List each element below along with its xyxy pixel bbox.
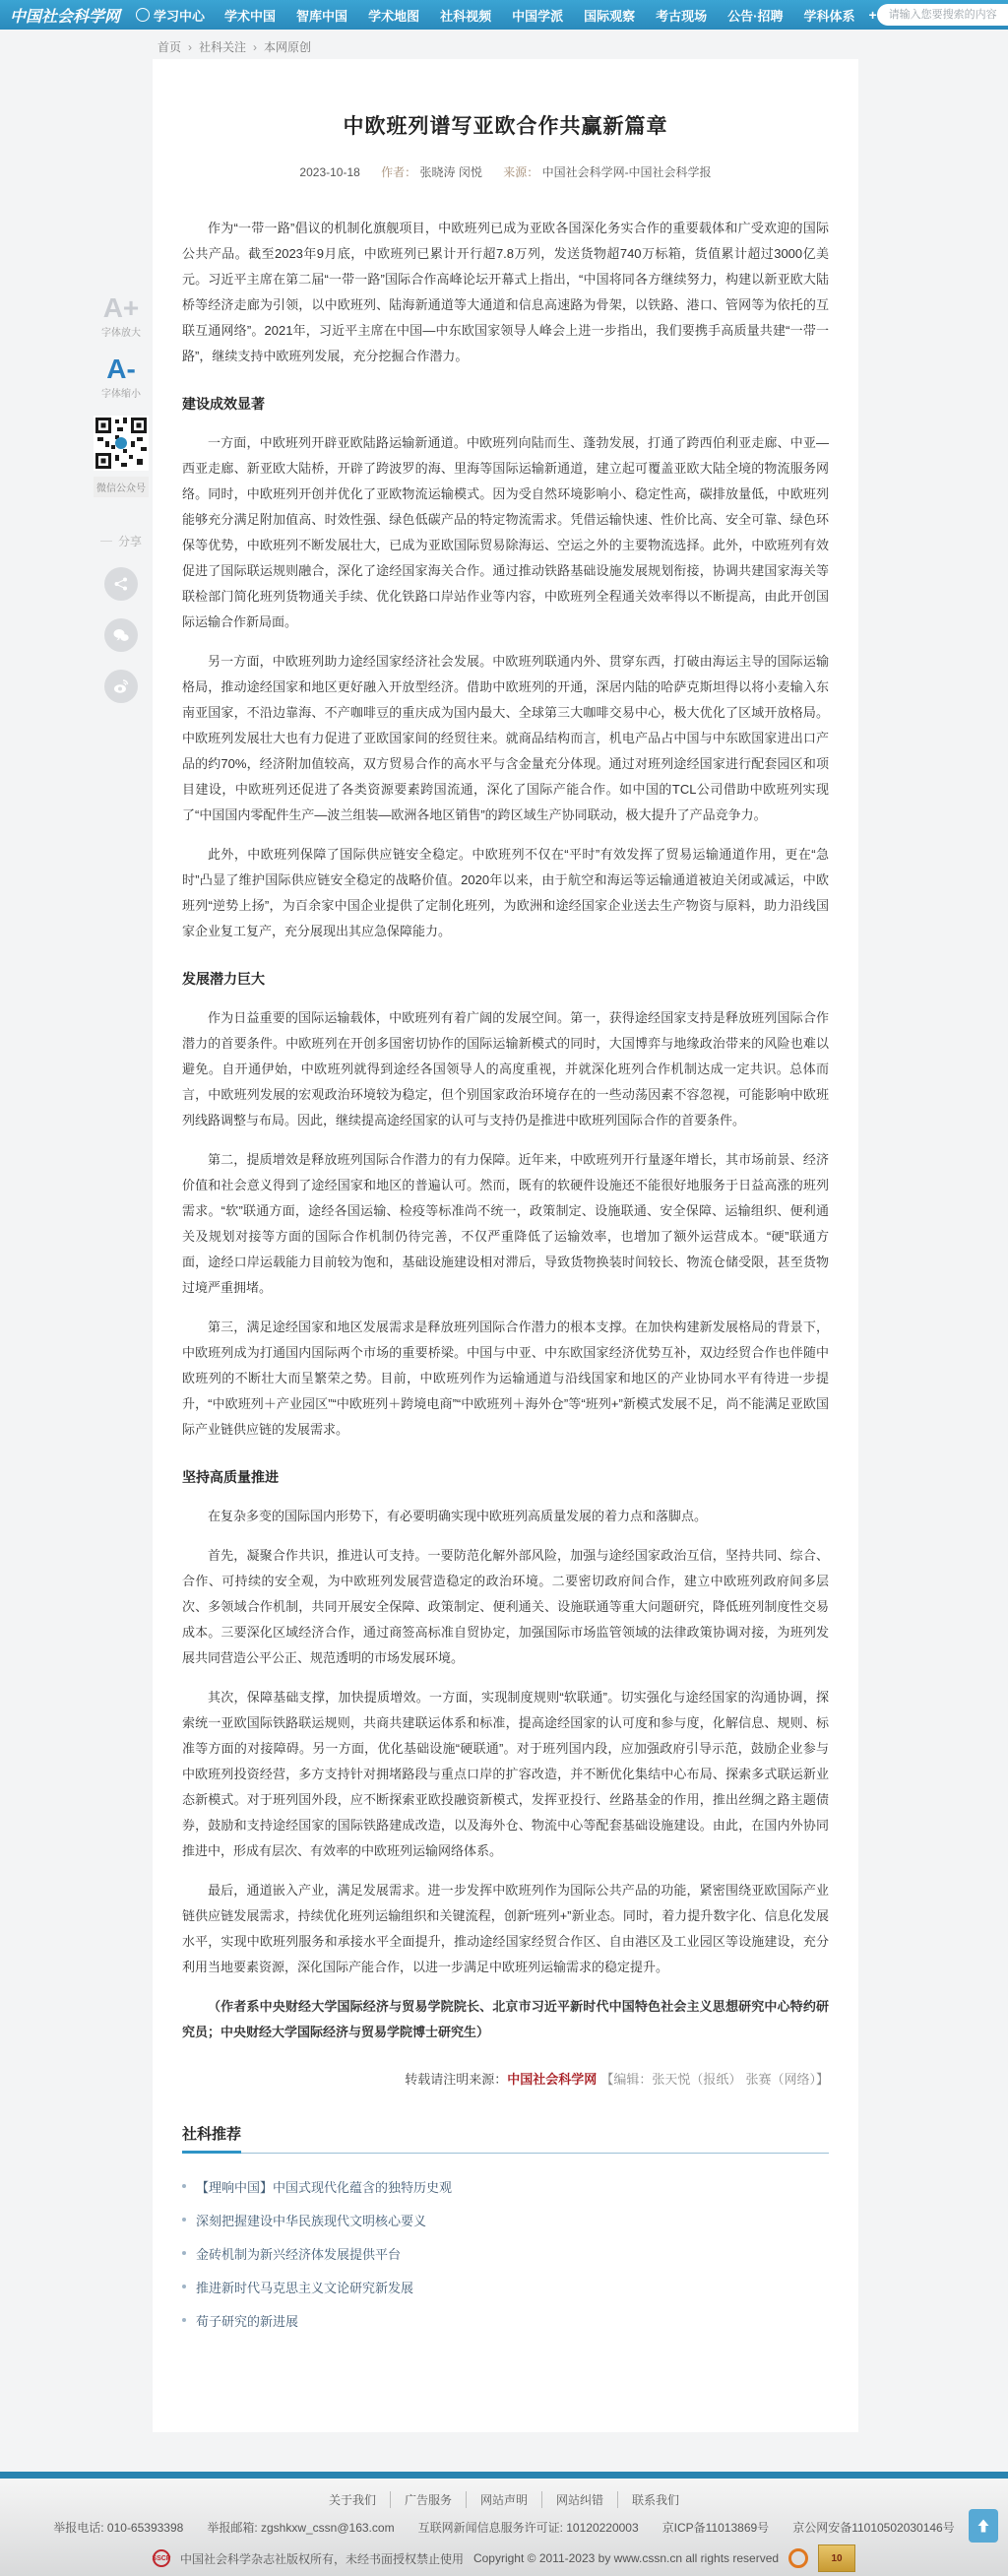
wechat-share-button[interactable] (104, 618, 138, 652)
list-item[interactable]: 金砖机制为新兴经济体发展提供平台 (182, 2236, 829, 2270)
bullet-icon (182, 2251, 186, 2255)
list-item[interactable]: 深刻把握建设中华民族现代文明核心要义 (182, 2203, 829, 2236)
side-toolbar: A+ 字体放大 A- 字体缩小 (92, 293, 151, 703)
author-label: 作者： (381, 165, 416, 179)
nav-item[interactable]: 智库中国 (296, 6, 347, 25)
article-paragraph: 第二，提质增效是释放班列国际合作潜力的有力保障。近年来，中欧班列开行量逐年增长，… (182, 1147, 829, 1301)
trust-badge-icon[interactable]: 10 (818, 2544, 855, 2572)
footer-info-item: 举报邮箱: zgshkxw_cssn@163.com (207, 2519, 394, 2536)
arrow-up-icon (976, 2518, 991, 2534)
font-increase-button[interactable]: A+ 字体放大 (92, 293, 151, 339)
font-increase-label: 字体放大 (92, 324, 151, 339)
reprint-editors: 【编辑：张天悦（报纸） 张赛（网络）】 (600, 2073, 829, 2088)
footer-info-item: 举报电话: 010-65393398 (53, 2519, 183, 2536)
recommend-link[interactable]: 【理响中国】中国式现代化蕴含的独特历史观 (196, 2177, 452, 2196)
media-center-logo-icon (136, 8, 150, 22)
article-paragraph: 建设成效显著 (182, 391, 829, 417)
recommend-link[interactable]: 金砖机制为新兴经济体发展提供平台 (196, 2244, 401, 2263)
share-label-text: 分享 (118, 533, 142, 549)
recommend-header: 社科推荐 (182, 2123, 829, 2154)
reprint-notice: 转载请注明来源：中国社会科学网 【编辑：张天悦（报纸） 张赛（网络）】 (182, 2069, 829, 2088)
wechat-qr-code (94, 416, 149, 471)
bullet-icon (182, 2285, 186, 2288)
font-decrease-icon: A- (92, 354, 151, 384)
article-paragraph: 坚持高质量推进 (182, 1464, 829, 1490)
back-to-top-button[interactable] (969, 2509, 998, 2543)
weibo-share-button[interactable] (104, 670, 138, 703)
nav-item[interactable]: 公告·招聘 (727, 6, 783, 25)
page-footer: 关于我们广告服务网站声明网站纠错联系我们 举报电话: 010-65393398举… (0, 2472, 1008, 2576)
article-paragraph: 其次，保障基础支撑，加快提质增效。一方面，实现制度规则“软联通”。切实强化与途经… (182, 1685, 829, 1864)
font-increase-icon: A+ (92, 293, 151, 323)
footer-info-item: 京公网安备11010502030146号 (792, 2519, 955, 2536)
bullet-icon (182, 2318, 186, 2322)
page-title: 中欧班列谱写亚欧合作共赢新篇章 (192, 110, 819, 140)
breadcrumb-item[interactable]: 首页 (157, 38, 181, 55)
recommend-title: 社科推荐 (182, 2123, 241, 2154)
search-input[interactable] (887, 8, 1008, 22)
article-card: 中欧班列谱写亚欧合作共赢新篇章 2023-10-18 作者： 张晓涛 闵悦 来源… (153, 59, 858, 2432)
weibo-icon (112, 678, 130, 694)
nav-more-button[interactable]: + (869, 7, 877, 23)
article-paragraph: （作者系中央财经大学国际经济与贸易学院院长、北京市习近平新时代中国特色社会主义思… (182, 1994, 829, 2045)
nav-items: 学术中国智库中国学术地图社科视频中国学派国际观察考古现场公告·招聘学科体系 (224, 6, 854, 25)
article-paragraph: 首先，凝聚合作共识，推进认可支持。一要防范化解外部风险，加强与途经国家政治互信，… (182, 1543, 829, 1671)
breadcrumb-item[interactable]: 本网原创 (264, 38, 311, 55)
article-paragraph: 作为日益重要的国际运输载体，中欧班列有着广阔的发展空间。第一，获得途经国家支持是… (182, 1005, 829, 1133)
font-decrease-button[interactable]: A- 字体缩小 (92, 354, 151, 400)
share-label: 分享 (92, 533, 151, 549)
share-icon (113, 576, 129, 592)
breadcrumb: 首页 › 社科关注 › 本网原创 (157, 38, 318, 55)
copyright-cn: 中国社会科学杂志社版权所有，未经书面授权禁止使用 (180, 2550, 464, 2567)
nav-item[interactable]: 学术地图 (368, 6, 419, 25)
footer-copyright: SSCP 中国社会科学杂志社版权所有，未经书面授权禁止使用 Copyright … (0, 2544, 1008, 2572)
page: 中国社会科学网 学习中心 学术中国智库中国学术地图社科视频中国学派国际观察考古现… (0, 0, 1008, 2576)
footer-link[interactable]: 广告服务 (391, 2491, 467, 2508)
credit-badge-icon (788, 2548, 808, 2568)
footer-link[interactable]: 网站纠错 (542, 2491, 618, 2508)
nav-item[interactable]: 考古现场 (656, 6, 707, 25)
search-box (877, 4, 1008, 26)
author-names: 张晓涛 闵悦 (420, 165, 482, 179)
divider (100, 541, 112, 542)
recommend-link[interactable]: 荀子研究的新进展 (196, 2311, 298, 2330)
recommend-list: 【理响中国】中国式现代化蕴含的独特历史观 深刻把握建设中华民族现代文明核心要义 … (182, 2169, 829, 2337)
source-label: 来源： (503, 165, 538, 179)
article-paragraph: 在复杂多变的国际国内形势下，有必要明确实现中欧班列高质量发展的着力点和落脚点。 (182, 1504, 829, 1529)
sscp-logo-icon: SSCP (153, 2549, 170, 2567)
nav-item[interactable]: 学科体系 (803, 6, 854, 25)
media-center-label: 学习中心 (154, 6, 205, 25)
list-item[interactable]: 荀子研究的新进展 (182, 2303, 829, 2337)
nav-item[interactable]: 社科视频 (440, 6, 491, 25)
breadcrumb-item[interactable]: 社科关注 (199, 38, 246, 55)
nav-item-media-center[interactable]: 学习中心 (136, 6, 205, 25)
top-navbar: 中国社会科学网 学习中心 学术中国智库中国学术地图社科视频中国学派国际观察考古现… (0, 0, 1008, 30)
font-decrease-label: 字体缩小 (92, 385, 151, 400)
bullet-icon (182, 2184, 186, 2188)
article-paragraph: 第三，满足途经国家和地区发展需求是释放班列国际合作潜力的根本支撑。在加快构建新发… (182, 1315, 829, 1443)
footer-links: 关于我们广告服务网站声明网站纠错联系我们 (0, 2491, 1008, 2508)
footer-info-item: 互联网新闻信息服务许可证: 10120220003 (418, 2519, 639, 2536)
article-paragraph: 一方面，中欧班列开辟亚欧陆路运输新通道。中欧班列向陆而生、蓬勃发展，打通了跨西伯… (182, 430, 829, 635)
footer-info: 举报电话: 010-65393398举报邮箱: zgshkxw_cssn@163… (0, 2519, 1008, 2536)
list-item[interactable]: 【理响中国】中国式现代化蕴含的独特历史观 (182, 2169, 829, 2203)
breadcrumb-separator: › (188, 40, 192, 54)
article-paragraph: 发展潜力巨大 (182, 966, 829, 992)
footer-link[interactable]: 网站声明 (467, 2491, 542, 2508)
site-logo[interactable]: 中国社会科学网 (10, 4, 120, 27)
qr-code-label: 微信公众号 (94, 477, 149, 497)
bullet-icon (182, 2218, 186, 2222)
article-paragraph: 另一方面，中欧班列助力途经国家经济社会发展。中欧班列联通内外、贯穿东西，打破由海… (182, 649, 829, 828)
publish-date: 2023-10-18 (299, 165, 359, 179)
recommend-section: 社科推荐 【理响中国】中国式现代化蕴含的独特历史观 深刻把握建设中华民族现代文明… (182, 2123, 829, 2337)
copyright-en: Copyright © 2011-2023 by www.cssn.cn all… (473, 2551, 779, 2565)
wechat-icon (112, 627, 130, 643)
recommend-link[interactable]: 深刻把握建设中华民族现代文明核心要义 (196, 2211, 426, 2229)
nav-item[interactable]: 中国学派 (512, 6, 563, 25)
footer-link[interactable]: 关于我们 (315, 2491, 391, 2508)
article-meta: 2023-10-18 作者： 张晓涛 闵悦 来源： 中国社会科学网-中国社会科学… (153, 163, 858, 180)
share-button[interactable] (104, 567, 138, 601)
article-paragraph: 作为“一带一路”倡议的机制化旗舰项目，中欧班列已成为亚欧各国深化务实合作的重要载… (182, 216, 829, 369)
reprint-source: 中国社会科学网 (507, 2073, 597, 2088)
nav-item[interactable]: 学术中国 (224, 6, 276, 25)
footer-info-item: 京ICP备11013869号 (662, 2519, 770, 2536)
reprint-prefix: 转载请注明来源： (405, 2073, 507, 2088)
footer-link[interactable]: 联系我们 (618, 2491, 693, 2508)
recommend-link[interactable]: 推进新时代马克思主义文论研究新发展 (196, 2278, 413, 2296)
article-paragraph: 最后，通道嵌入产业，满足发展需求。进一步发挥中欧班列作为国际公共产品的功能，紧密… (182, 1878, 829, 1980)
nav-item[interactable]: 国际观察 (584, 6, 635, 25)
source-name: 中国社会科学网-中国社会科学报 (542, 165, 712, 179)
article-body: 作为“一带一路”倡议的机制化旗舰项目，中欧班列已成为亚欧各国深化务实合作的重要载… (153, 180, 858, 2045)
article-paragraph: 此外，中欧班列保障了国际供应链安全稳定。中欧班列不仅在“平时”有效发挥了贸易运输… (182, 842, 829, 944)
breadcrumb-separator: › (253, 40, 257, 54)
list-item[interactable]: 推进新时代马克思主义文论研究新发展 (182, 2270, 829, 2303)
